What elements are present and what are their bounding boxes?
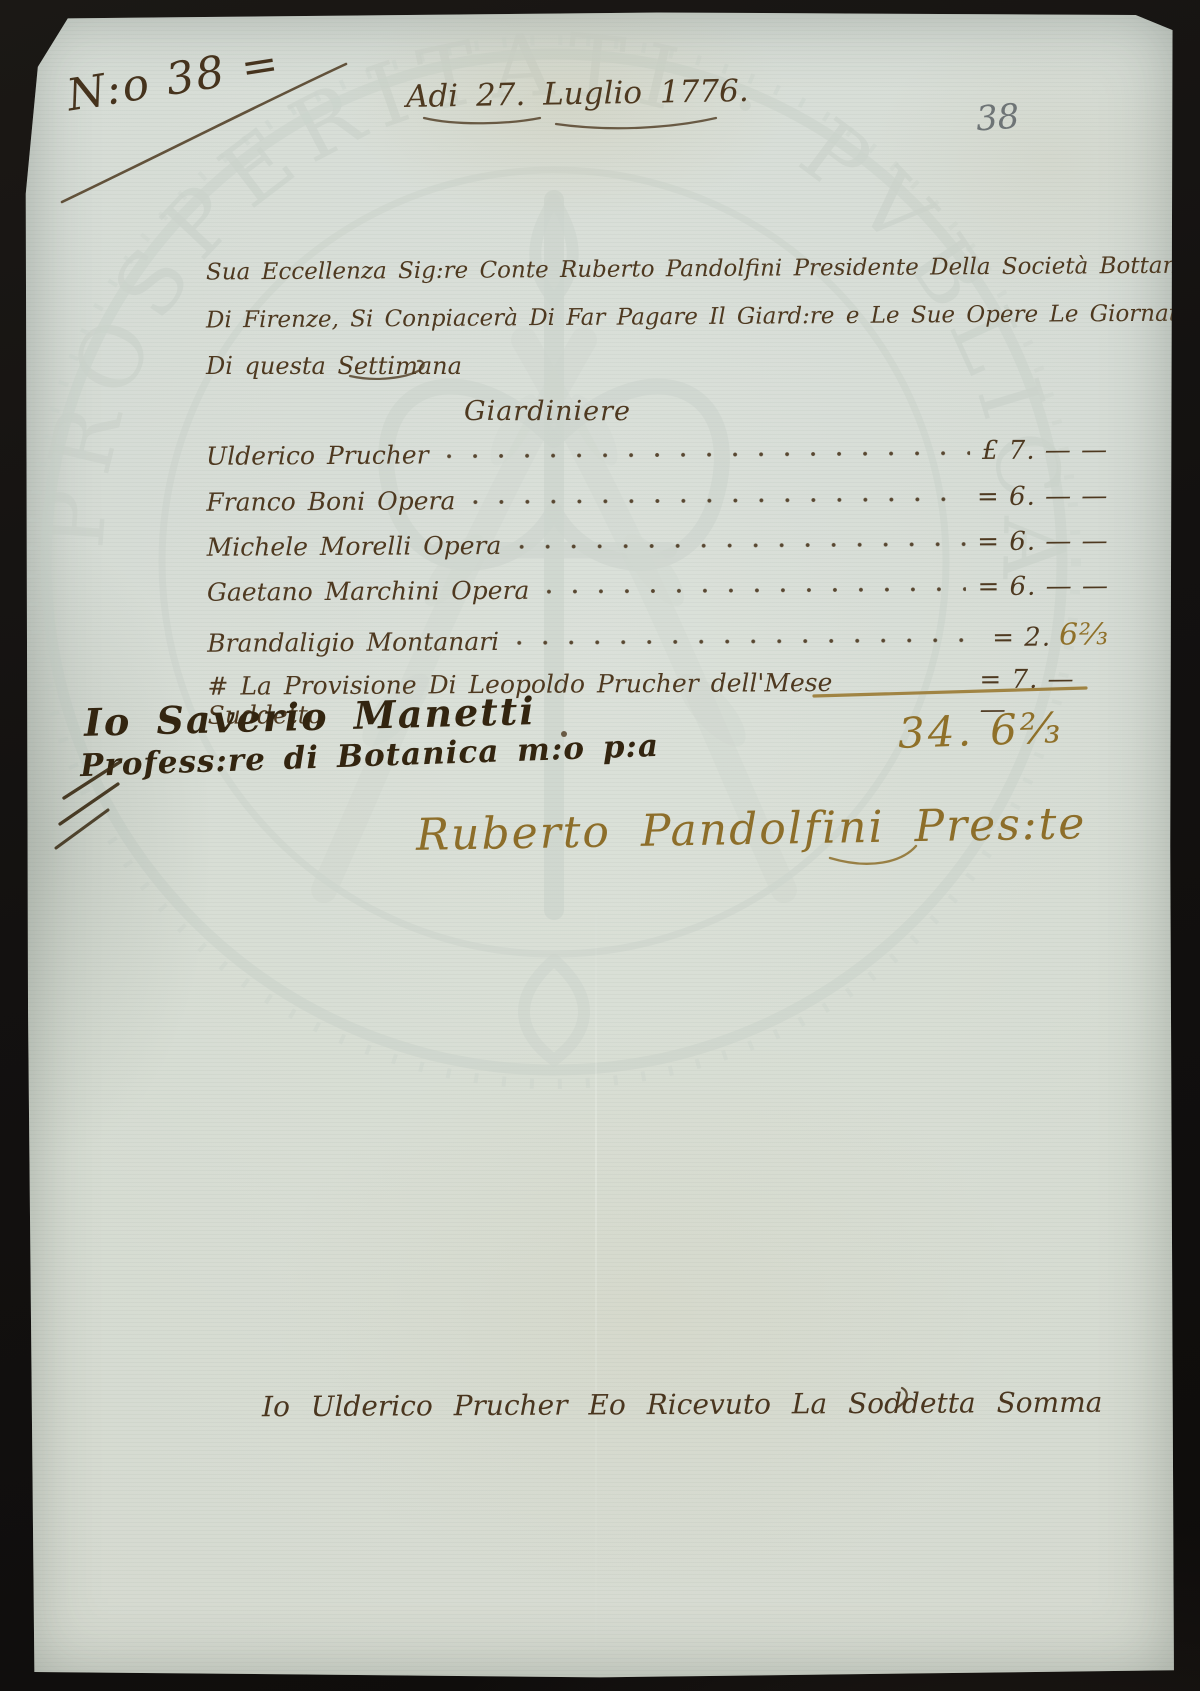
folio-number: N:o 38 =: [63, 37, 283, 121]
fold-crease: [595, 896, 597, 1665]
receipt-acknowledgement-line: Io Ulderico Prucher Eo Ricevuto La Sodde…: [262, 1386, 1103, 1423]
amount: = 6. — —: [977, 571, 1109, 602]
worker-name: Gaetano Marchini Opera: [207, 576, 530, 607]
payment-ledger: Ulderico Prucher £ 7. — — Franco Boni Op…: [206, 435, 1108, 441]
worker-name: Brandaligio Montanari: [207, 627, 499, 658]
worker-name: Franco Boni Opera: [206, 486, 455, 517]
amount: = 2.: [992, 623, 1051, 653]
salutation-line-2: Di Firenze, Si Conpiacerà Di Far Pagare …: [206, 301, 1192, 334]
manetti-paraph-stroke-2: [60, 784, 118, 824]
worker-name: Ulderico Prucher: [206, 440, 429, 470]
amount: = 6. — —: [977, 481, 1109, 512]
amount-gold-correction: 6⅔: [1059, 617, 1109, 652]
amount: £ 7. — —: [982, 435, 1108, 466]
worker-name: Michele Morelli Opera: [207, 531, 502, 562]
pandolfini-signature: Ruberto Pandolfini Pres:te: [416, 798, 1087, 861]
archive-pencil-number: 38: [975, 97, 1021, 140]
salutation-line-3: Di questa Settimana: [206, 352, 462, 380]
dotted-leader: [471, 495, 965, 506]
manetti-paraph-stroke-3: [56, 810, 108, 848]
ledger-row: Franco Boni Opera = 6. — —: [206, 481, 1108, 517]
date-underline-1: [424, 118, 540, 123]
section-heading-giardiniere: Giardiniere: [464, 396, 631, 427]
ledger-row: Brandaligio Montanari = 2. 6⅔: [207, 617, 1109, 658]
watermark-beaded-ring: [32, 40, 1076, 1084]
ledger-row: Ulderico Prucher £ 7. — —: [206, 435, 1108, 471]
dotted-leader: [445, 449, 970, 460]
dotted-leader: [545, 585, 965, 596]
watermark-outer-ring: [46, 54, 1062, 1070]
manuscript-paper: PROSPERITATI · PVBLICAE · AVGVSTAE N:o 3…: [24, 10, 1176, 1682]
date-line: Adi 27. Luglio 1776.: [406, 73, 749, 115]
dotted-leader: [515, 636, 980, 647]
ledger-row: Michele Morelli Opera = 6. — —: [207, 526, 1109, 562]
date-underline-2: [556, 118, 716, 128]
dotted-leader: [517, 540, 965, 551]
salutation-line-1: Sua Eccellenza Sig:re Conte Ruberto Pand…: [206, 252, 1200, 285]
amount: = 6. — —: [977, 526, 1109, 557]
photograph-background: PROSPERITATI · PVBLICAE · AVGVSTAE N:o 3…: [0, 0, 1200, 1691]
total-amount: 34. 6⅔: [897, 703, 1064, 758]
ledger-row: Gaetano Marchini Opera = 6. — —: [207, 571, 1109, 607]
